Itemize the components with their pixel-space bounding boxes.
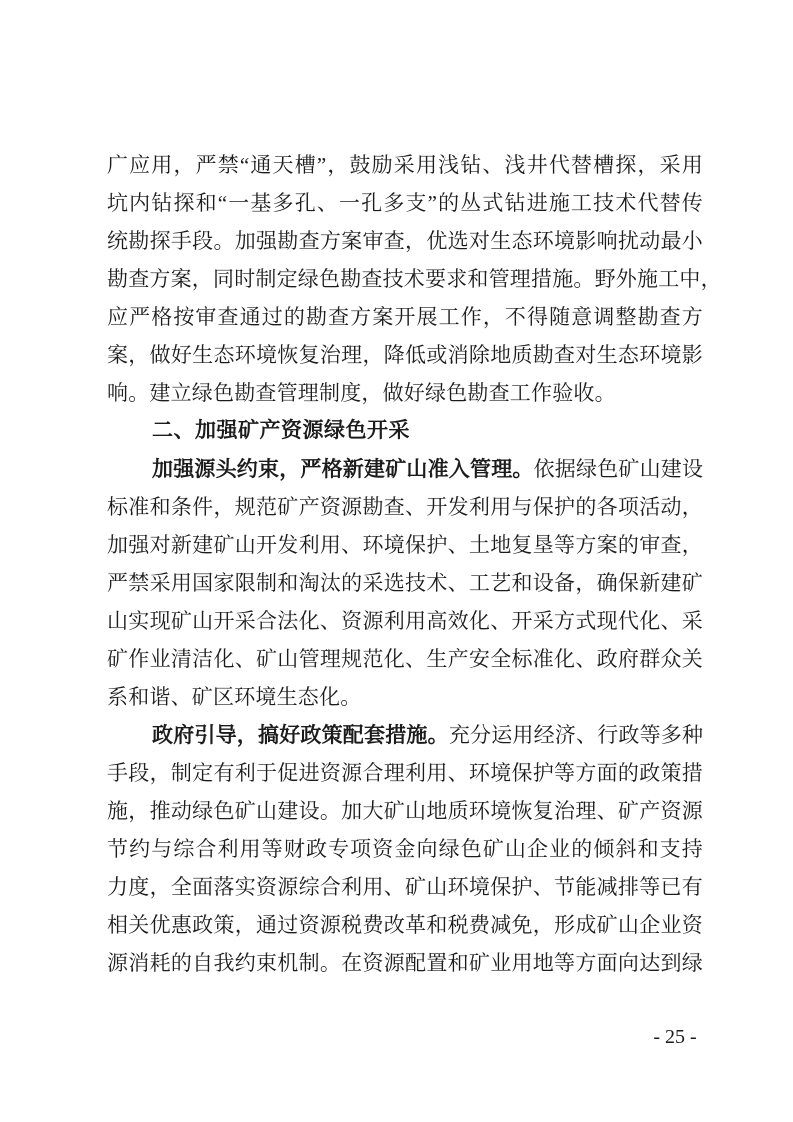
paragraph-text: 依据绿色矿山建设 xyxy=(534,457,704,481)
text-line: 标准和条件，规范矿产资源勘查、开发利用与保护的各项活动， xyxy=(107,488,703,526)
text-line: 矿作业清洁化、矿山管理规范化、生产安全标准化、政府群众关 xyxy=(107,640,703,678)
paragraph-lead-bold: 加强源头约束，严格新建矿山准入管理。 xyxy=(152,458,534,481)
text-line: 应严格按审查通过的勘查方案开展工作，不得随意调整勘查方 xyxy=(107,298,703,336)
text-line: 坑内钻探和“一基多孔、一孔多支”的丛式钻进施工技术代替传 xyxy=(107,184,703,222)
text-line: 力度，全面落实资源综合利用、矿山环境保护、节能减排等已有 xyxy=(107,868,703,906)
text-line: 加强对新建矿山开发利用、环境保护、土地复垦等方案的审查， xyxy=(107,526,703,564)
document-body: 广应用，严禁“通天槽”，鼓励采用浅钻、浅井代替槽探，采用 坑内钻探和“一基多孔、… xyxy=(107,146,703,982)
text-line: 案，做好生态环境恢复治理，降低或消除地质勘查对生态环境影 xyxy=(107,336,703,374)
paragraph-text: 充分运用经济、行政等多种 xyxy=(449,723,703,747)
paragraph-lead-bold: 政府引导，搞好政策配套措施。 xyxy=(152,724,449,747)
document-page: 广应用，严禁“通天槽”，鼓励采用浅钻、浅井代替槽探，采用 坑内钻探和“一基多孔、… xyxy=(0,0,793,1122)
text-line: 严禁采用国家限制和淘汰的采选技术、工艺和设备，确保新建矿 xyxy=(107,564,703,602)
section-heading: 二、加强矿产资源绿色开采 xyxy=(107,412,703,450)
text-line: 施，推动绿色矿山建设。加大矿山地质环境恢复治理、矿产资源 xyxy=(107,792,703,830)
text-line: 响。建立绿色勘查管理制度，做好绿色勘查工作验收。 xyxy=(107,374,703,412)
text-line: 系和谐、矿区环境生态化。 xyxy=(107,678,703,716)
text-line: 手段，制定有利于促进资源合理利用、环境保护等方面的政策措 xyxy=(107,754,703,792)
page-number: - 25 - xyxy=(620,1022,730,1052)
text-line: 加强源头约束，严格新建矿山准入管理。依据绿色矿山建设 xyxy=(107,450,703,488)
text-line: 勘查方案，同时制定绿色勘查技术要求和管理措施。野外施工中， xyxy=(107,260,703,298)
text-line: 源消耗的自我约束机制。在资源配置和矿业用地等方面向达到绿 xyxy=(107,944,703,982)
text-line: 节约与综合利用等财政专项资金向绿色矿山企业的倾斜和支持 xyxy=(107,830,703,868)
text-line: 统勘探手段。加强勘查方案审查，优选对生态环境影响扰动最小 xyxy=(107,222,703,260)
text-line: 山实现矿山开采合法化、资源利用高效化、开采方式现代化、采 xyxy=(107,602,703,640)
text-line: 政府引导，搞好政策配套措施。充分运用经济、行政等多种 xyxy=(107,716,703,754)
text-line: 相关优惠政策，通过资源税费改革和税费减免，形成矿山企业资 xyxy=(107,906,703,944)
text-line: 广应用，严禁“通天槽”，鼓励采用浅钻、浅井代替槽探，采用 xyxy=(107,146,703,184)
